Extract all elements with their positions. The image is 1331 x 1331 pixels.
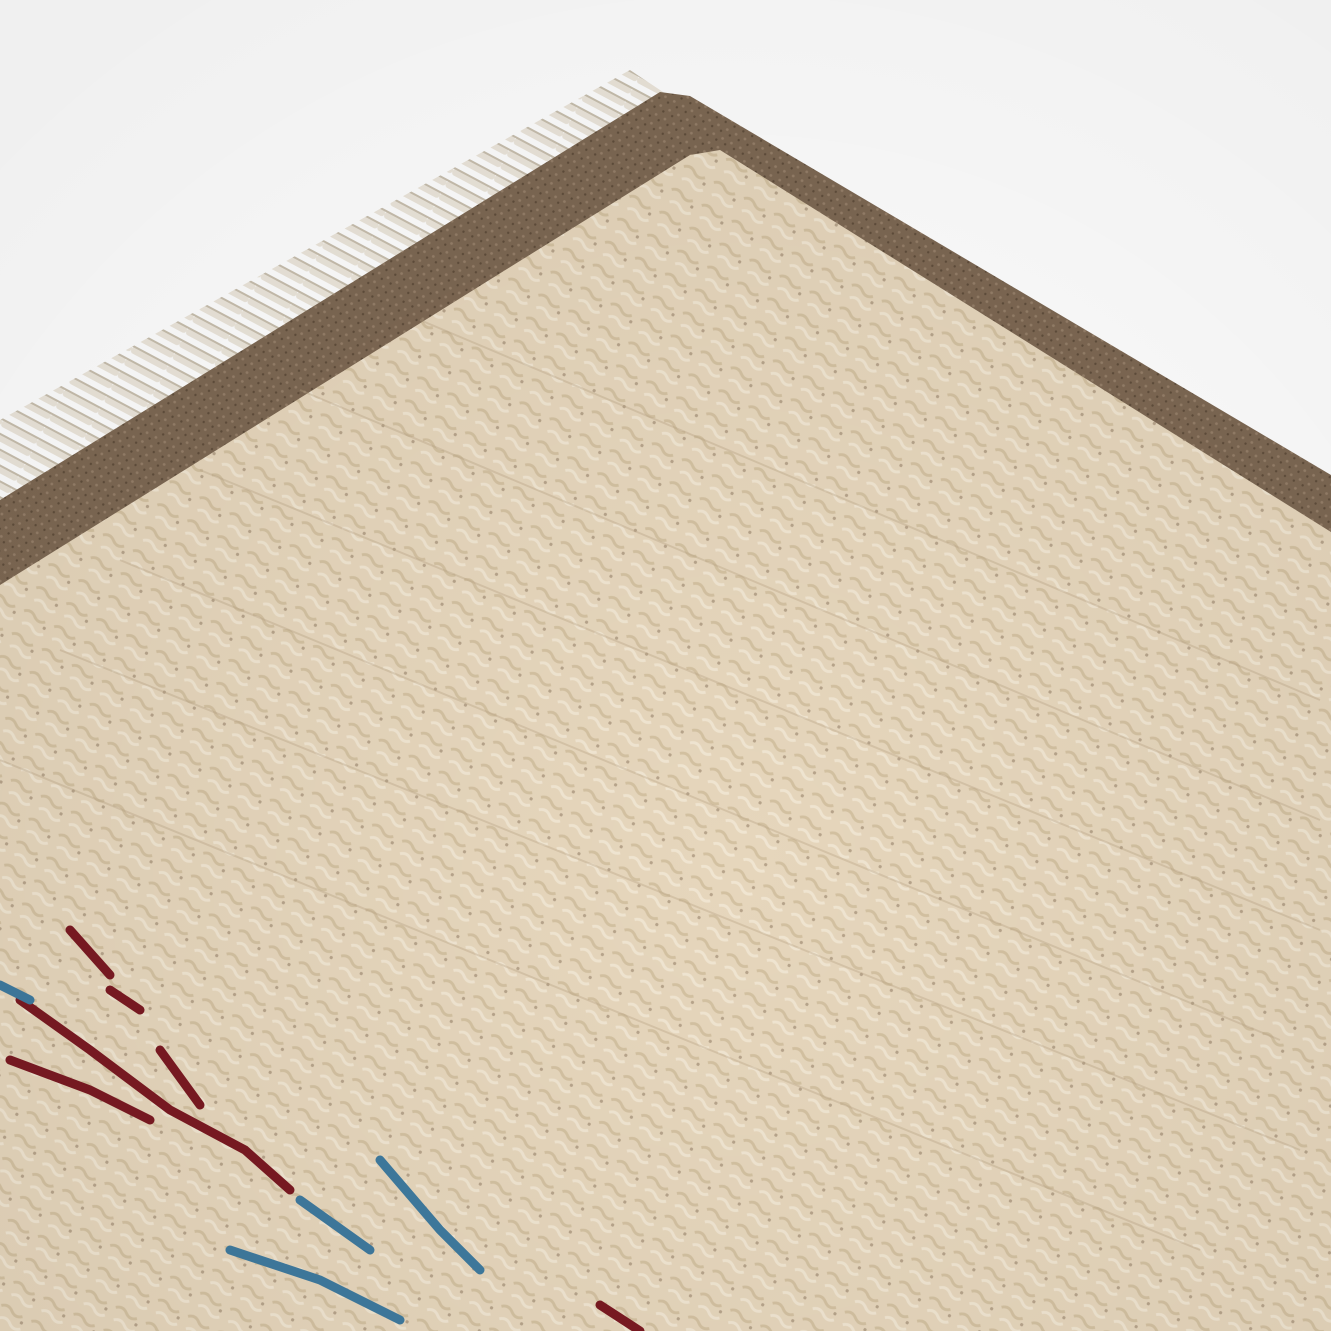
photo-vignette (0, 0, 1331, 1331)
rug-illustration (0, 0, 1331, 1331)
rug-photo (0, 0, 1331, 1331)
